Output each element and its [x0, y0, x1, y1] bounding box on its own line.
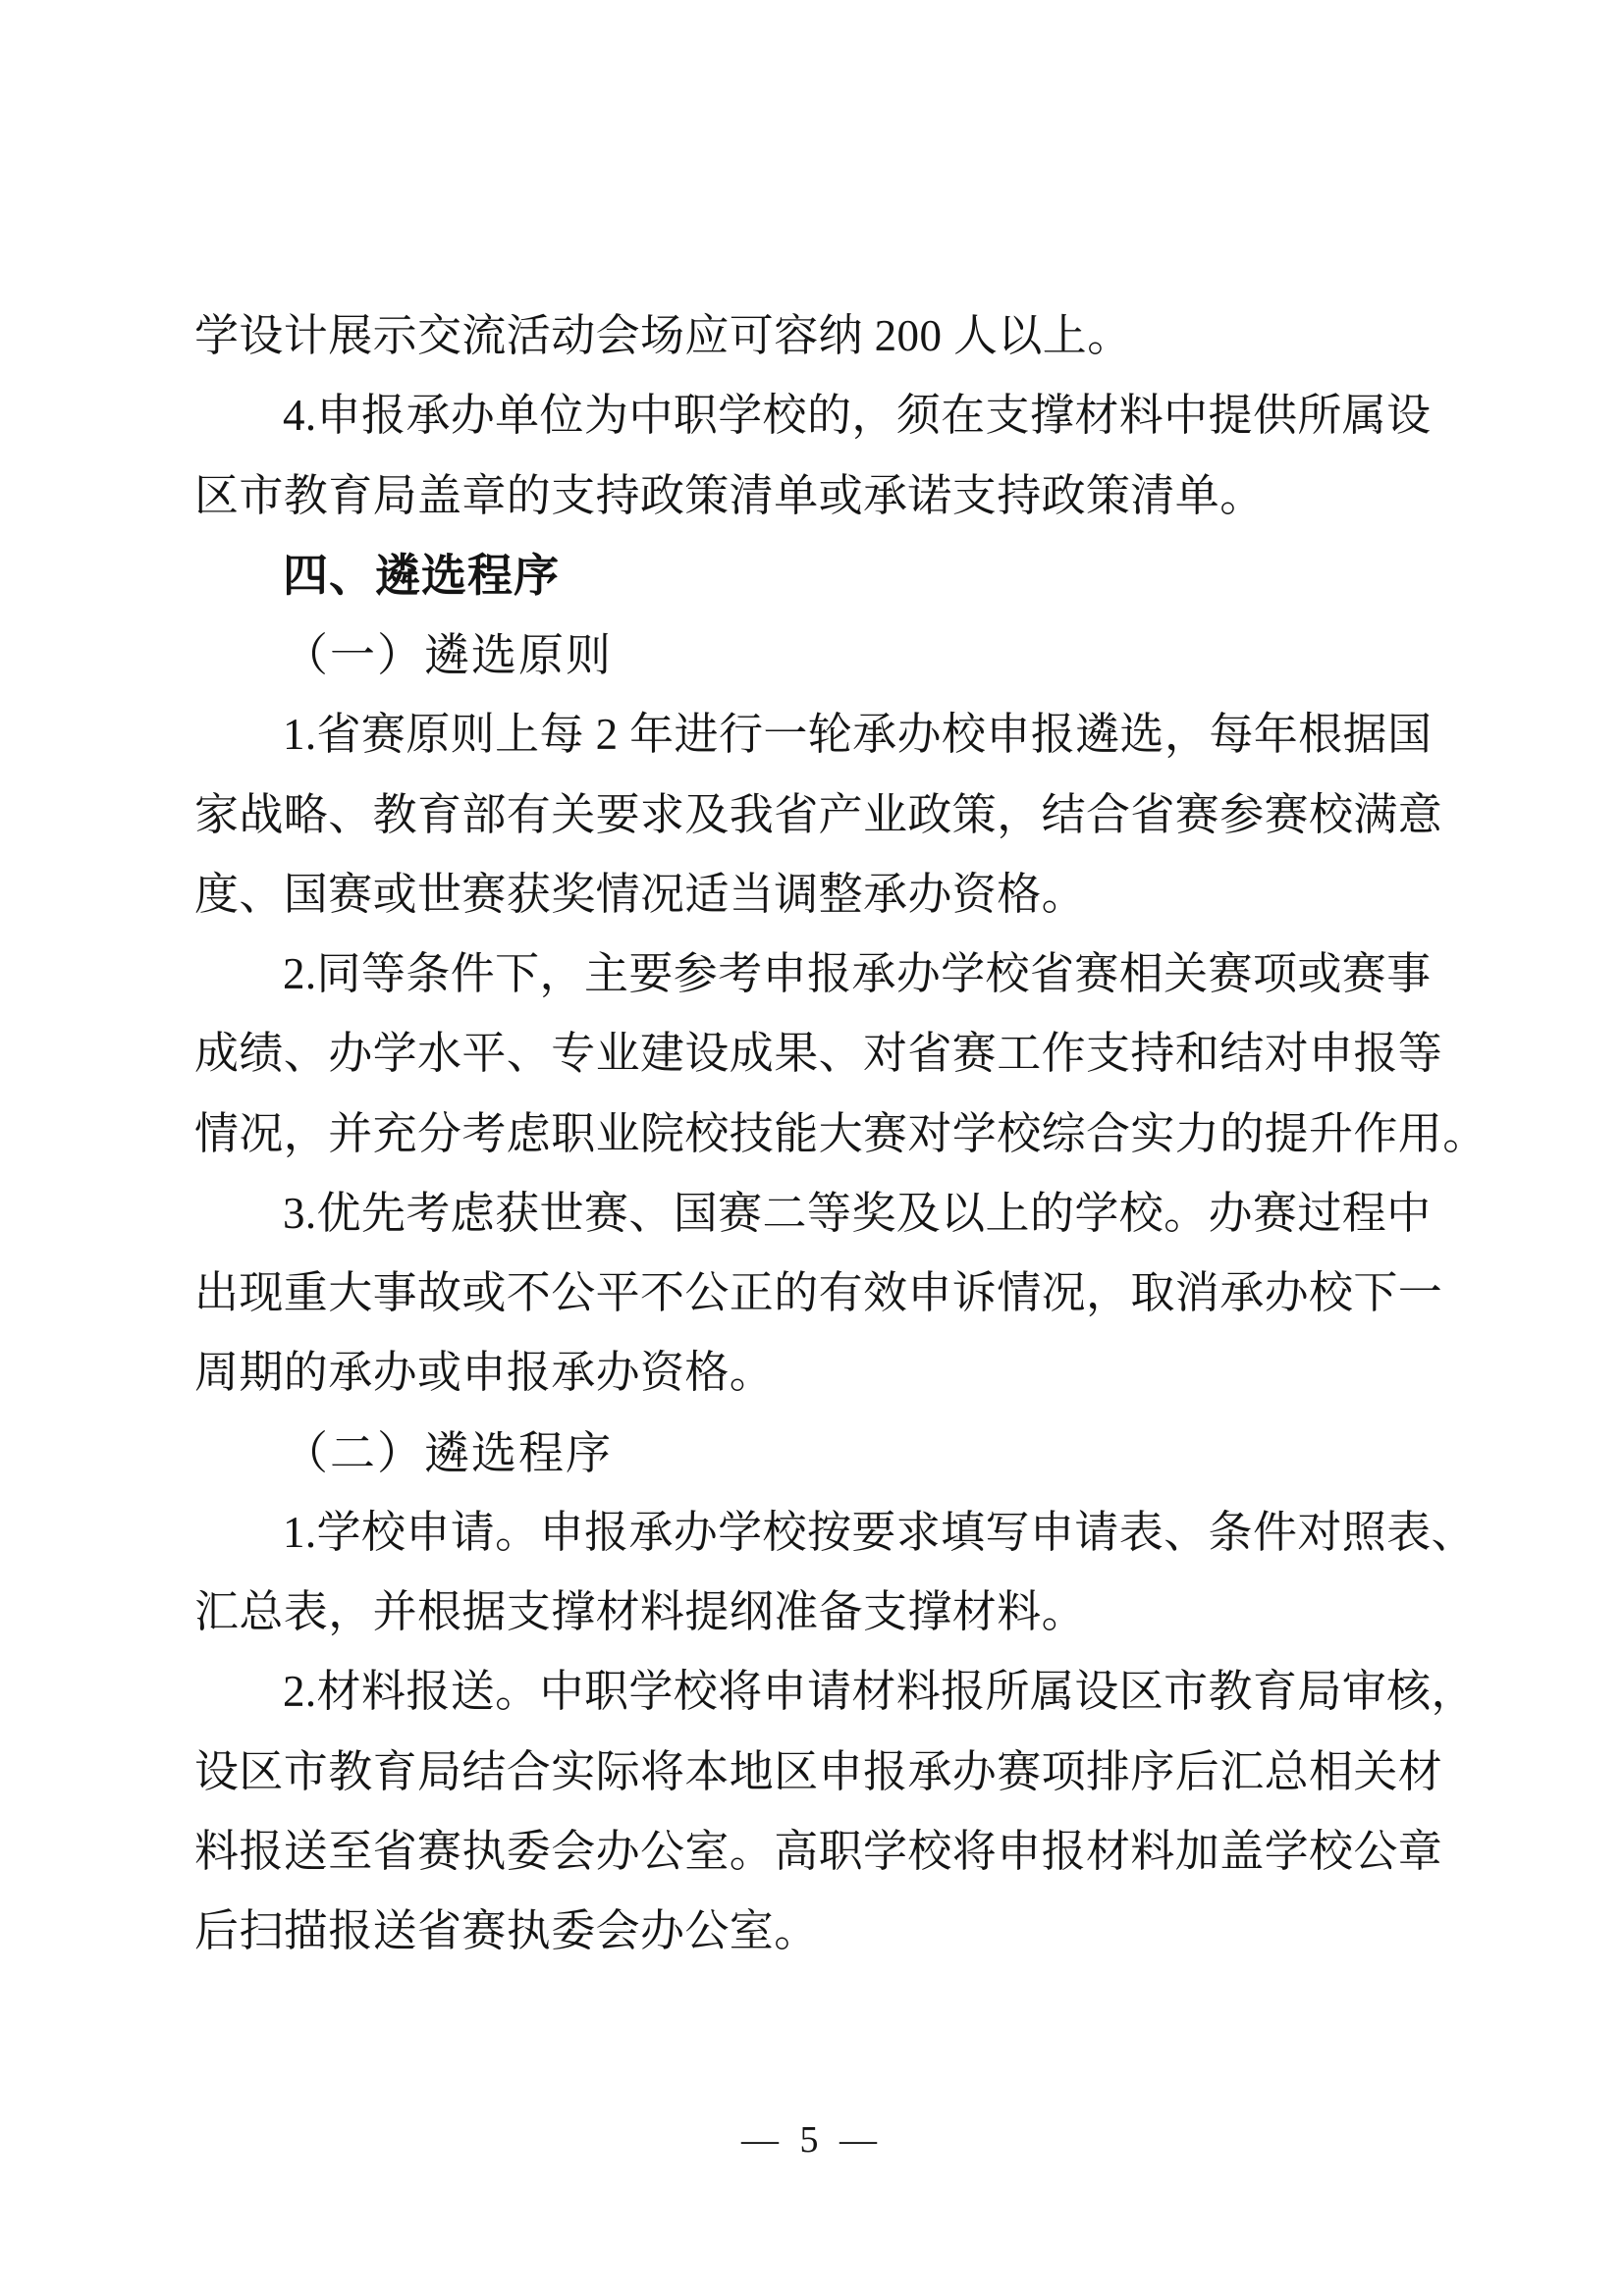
text-line: 学设计展示交流活动会场应可容纳 200 人以上。: [194, 296, 1434, 376]
text-line: 汇总表，并根据支撑材料提纲准备支撑材料。: [194, 1573, 1434, 1652]
text-line: 情况，并充分考虑职业院校技能大赛对学校综合实力的提升作用。: [194, 1095, 1434, 1174]
text-line: 2.同等条件下，主要参考申报承办学校省赛相关赛项或赛事: [194, 934, 1434, 1014]
text-line: 后扫描报送省赛执委会办公室。: [194, 1892, 1434, 1971]
page-number: — 5 —: [0, 2112, 1624, 2167]
sub-heading: （二）遴选程序: [194, 1414, 1434, 1493]
section-heading: 四、遴选程序: [194, 536, 1434, 615]
text-line: 料报送至省赛执委会办公室。高职学校将申报材料加盖学校公章: [194, 1812, 1434, 1892]
text-line: 3.优先考虑获世赛、国赛二等奖及以上的学校。办赛过程中: [194, 1174, 1434, 1254]
text-line: 设区市教育局结合实际将本地区申报承办赛项排序后汇总相关材: [194, 1733, 1434, 1812]
text-line: 周期的承办或申报承办资格。: [194, 1333, 1434, 1413]
text-line: 家战略、教育部有关要求及我省产业政策，结合省赛参赛校满意: [194, 775, 1434, 855]
text-line: 2.材料报送。中职学校将申请材料报所属设区市教育局审核，: [194, 1652, 1434, 1732]
text-line: 1.省赛原则上每 2 年进行一轮承办校申报遴选，每年根据国: [194, 695, 1434, 774]
text-line: 出现重大事故或不公平不公正的有效申诉情况，取消承办校下一: [194, 1254, 1434, 1333]
text-line: 4.申报承办单位为中职学校的，须在支撑材料中提供所属设: [194, 376, 1434, 455]
document-page: 学设计展示交流活动会场应可容纳 200 人以上。4.申报承办单位为中职学校的，须…: [0, 0, 1624, 2296]
text-line: 成绩、办学水平、专业建设成果、对省赛工作支持和结对申报等: [194, 1014, 1434, 1094]
text-line: 度、国赛或世赛获奖情况适当调整承办资格。: [194, 855, 1434, 934]
sub-heading: （一）遴选原则: [194, 615, 1434, 695]
document-body: 学设计展示交流活动会场应可容纳 200 人以上。4.申报承办单位为中职学校的，须…: [194, 296, 1434, 1971]
text-line: 区市教育局盖章的支持政策清单或承诺支持政策清单。: [194, 456, 1434, 536]
text-line: 1.学校申请。申报承办学校按要求填写申请表、条件对照表、: [194, 1493, 1434, 1573]
